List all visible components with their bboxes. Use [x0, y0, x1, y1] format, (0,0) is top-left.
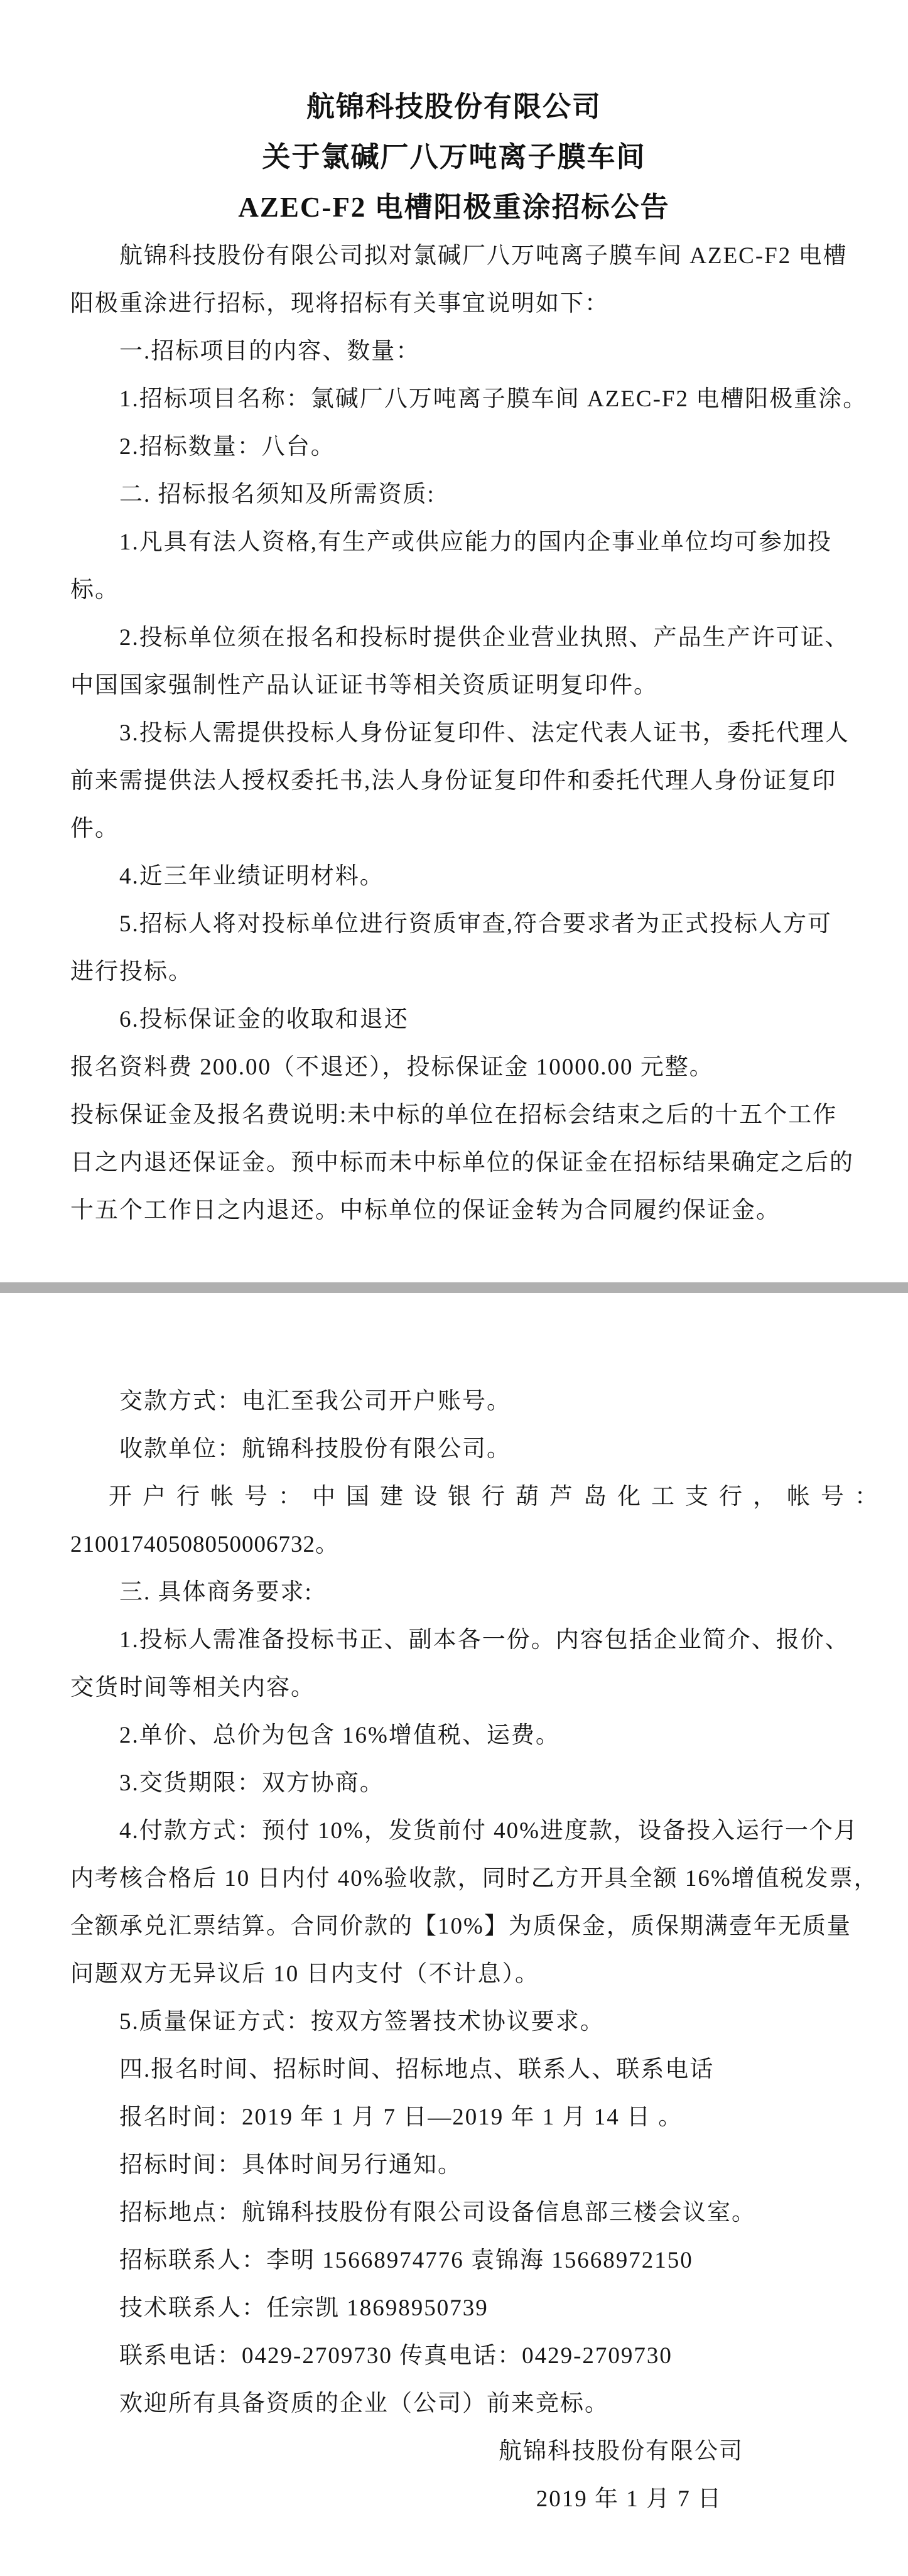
doc-line: 阳极重涂进行招标，现将招标有关事宜说明如下： — [0, 280, 908, 328]
page-separator-bar — [0, 1282, 908, 1293]
doc-line: 进行投标。 — [0, 948, 908, 996]
doc-line: 5.招标人将对投标单位进行资质审查,符合要求者为正式投标人方可 — [0, 901, 908, 948]
doc-line: 报名时间：2019 年 1 月 7 日—2019 年 1 月 14 日 。 — [0, 2094, 908, 2141]
doc-line: 内考核合格后 10 日内付 40%验收款，同时乙方开具全额 16%增值税发票， — [0, 1855, 908, 1903]
doc-line: 投标保证金及报名费说明:未中标的单位在招标会结束之后的十五个工作 — [0, 1091, 908, 1139]
doc-line: 4.付款方式：预付 10%，发货前付 40%进度款，设备投入运行一个月 — [0, 1807, 908, 1855]
document-body: 航锦科技股份有限公司拟对氯碱厂八万吨离子膜车间 AZEC-F2 电槽阳极重涂进行… — [0, 232, 908, 2523]
doc-line: 4.近三年业绩证明材料。 — [0, 853, 908, 901]
doc-line: 招标时间：具体时间另行通知。 — [0, 2141, 908, 2189]
doc-line: 航锦科技股份有限公司 — [0, 2428, 908, 2476]
doc-line: 十五个工作日之内退还。中标单位的保证金转为合同履约保证金。 — [0, 1187, 908, 1235]
doc-line: 全额承兑汇票结算。合同价款的【10%】为质保金，质保期满壹年无质量 — [0, 1903, 908, 1951]
document-page: 航锦科技股份有限公司 关于氯碱厂八万吨离子膜车间 AZEC-F2 电槽阳极重涂招… — [0, 0, 908, 2576]
document-title: 航锦科技股份有限公司 关于氯碱厂八万吨离子膜车间 AZEC-F2 电槽阳极重涂招… — [0, 0, 908, 232]
doc-line: 6.投标保证金的收取和退还 — [0, 996, 908, 1044]
page2-body: 交款方式：电汇至我公司开户账号。收款单位：航锦科技股份有限公司。开户行帐号：中国… — [0, 1378, 908, 2523]
doc-line: 标。 — [0, 566, 908, 614]
doc-line: 日之内退还保证金。预中标而未中标单位的保证金在招标结果确定之后的 — [0, 1139, 908, 1187]
doc-line: 2.投标单位须在报名和投标时提供企业营业执照、产品生产许可证、 — [0, 614, 908, 662]
title-company: 航锦科技股份有限公司 — [0, 82, 908, 132]
doc-line: 3.投标人需提供投标人身份证复印件、法定代表人证书，委托代理人 — [0, 710, 908, 757]
doc-line: 1.凡具有法人资格,有生产或供应能力的国内企事业单位均可参加投 — [0, 519, 908, 566]
doc-line: 招标联系人：李明 15668974776 袁锦海 15668972150 — [0, 2237, 908, 2285]
doc-line: 开户行帐号：中国建设银行葫芦岛化工支行，帐号： — [0, 1473, 908, 1521]
doc-line: 2019 年 1 月 7 日 — [0, 2476, 908, 2523]
doc-line: 技术联系人：任宗凯 18698950739 — [0, 2285, 908, 2332]
doc-line: 交款方式：电汇至我公司开户账号。 — [0, 1378, 908, 1426]
doc-line: 2.单价、总价为包含 16%增值税、运费。 — [0, 1712, 908, 1760]
title-subject: 关于氯碱厂八万吨离子膜车间 — [0, 132, 908, 182]
doc-line: 件。 — [0, 805, 908, 853]
doc-line: 交货时间等相关内容。 — [0, 1664, 908, 1712]
doc-line: 收款单位：航锦科技股份有限公司。 — [0, 1426, 908, 1473]
doc-line: 1.投标人需准备投标书正、副本各一份。内容包括企业简介、报价、 — [0, 1616, 908, 1664]
doc-line: 联系电话：0429-2709730 传真电话：0429-2709730 — [0, 2332, 908, 2380]
page1-body: 航锦科技股份有限公司拟对氯碱厂八万吨离子膜车间 AZEC-F2 电槽阳极重涂进行… — [0, 232, 908, 1235]
doc-line: 21001740508050006732。 — [0, 1521, 908, 1569]
doc-line: 二. 招标报名须知及所需资质: — [0, 471, 908, 519]
title-announcement: AZEC-F2 电槽阳极重涂招标公告 — [0, 182, 908, 232]
doc-line: 报名资料费 200.00（不退还），投标保证金 10000.00 元整。 — [0, 1044, 908, 1091]
doc-line: 四.报名时间、招标时间、招标地点、联系人、联系电话 — [0, 2046, 908, 2094]
doc-line: 3.交货期限：双方协商。 — [0, 1760, 908, 1807]
doc-line: 前来需提供法人授权委托书,法人身份证复印件和委托代理人身份证复印 — [0, 757, 908, 805]
doc-line: 招标地点：航锦科技股份有限公司设备信息部三楼会议室。 — [0, 2189, 908, 2237]
doc-line: 航锦科技股份有限公司拟对氯碱厂八万吨离子膜车间 AZEC-F2 电槽 — [0, 232, 908, 280]
doc-line: 问题双方无异议后 10 日内支付（不计息）。 — [0, 1951, 908, 1998]
doc-line: 2.招标数量：八台。 — [0, 423, 908, 471]
doc-line: 三. 具体商务要求: — [0, 1569, 908, 1616]
doc-line: 1.招标项目名称：氯碱厂八万吨离子膜车间 AZEC-F2 电槽阳极重涂。 — [0, 376, 908, 423]
doc-line: 中国国家强制性产品认证证书等相关资质证明复印件。 — [0, 662, 908, 710]
doc-line: 欢迎所有具备资质的企业（公司）前来竞标。 — [0, 2380, 908, 2428]
doc-line: 5.质量保证方式：按双方签署技术协议要求。 — [0, 1998, 908, 2046]
doc-line: 一.招标项目的内容、数量： — [0, 328, 908, 376]
